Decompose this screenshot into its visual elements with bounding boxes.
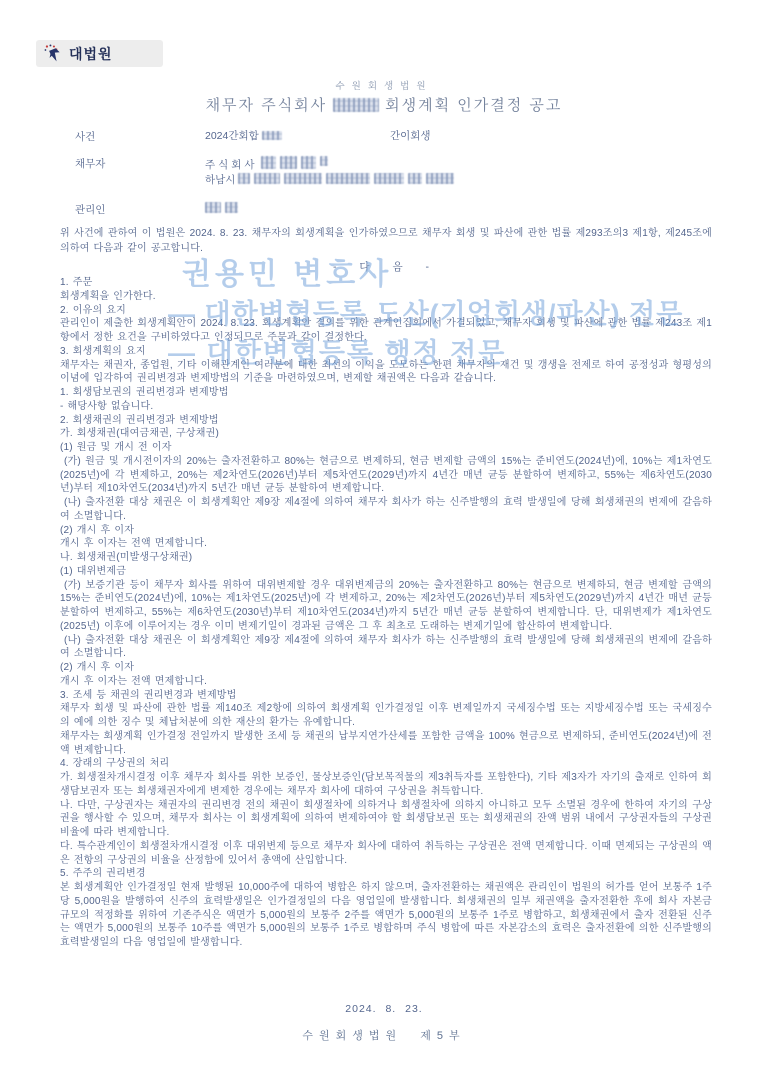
- manager-value: [205, 202, 715, 217]
- daum-divider: - 다 음 -: [0, 259, 768, 274]
- case-number-value: 2024간회합 간이회생: [205, 129, 715, 144]
- notice-body: 1. 주문 회생계획을 인가한다. 2. 이유의 요지 관리인이 제출한 회생계…: [60, 276, 712, 950]
- case-number-text: 2024간회합: [205, 130, 259, 142]
- redacted-case-number: [262, 131, 282, 140]
- body-paragraph: 채무자 회생 및 파산에 관한 법률 제140조 제2항에 의하여 회생계획 인…: [60, 702, 712, 730]
- body-paragraph: (2) 개시 후 이자: [60, 661, 712, 675]
- case-number-row: 사건 2024간회합 간이회생: [75, 129, 715, 144]
- manager-row: 관리인: [75, 202, 715, 217]
- body-paragraph: - 해당사항 없습니다.: [60, 400, 712, 414]
- manager-label: 관리인: [75, 202, 147, 217]
- document-title-prefix: 채무자 주식회사: [206, 97, 328, 114]
- body-paragraph: 5. 주주의 권리변경: [60, 867, 712, 881]
- body-paragraph: 2. 회생채권의 권리변경과 변제방법: [60, 414, 712, 428]
- body-paragraph: 개시 후 이자는 전액 면제합니다.: [60, 537, 712, 551]
- debtor-address-prefix: 하남시: [205, 174, 235, 186]
- body-paragraph: (나) 출자전환 대상 채권은 이 회생계획안 제9장 제4절에 의하여 채무자…: [60, 496, 712, 524]
- redacted-debtor-name: [261, 156, 328, 169]
- document-title: 채무자 주식회사회생계획 인가결정 공고: [0, 94, 768, 115]
- body-paragraph: 나. 회생채권(미발생구상채권): [60, 551, 712, 565]
- body-paragraph: (가) 원금 및 개시전이자의 20%는 출자전환하고 80%는 현금으로 변제…: [60, 455, 712, 496]
- body-paragraph: (나) 출자전환 대상 채권은 이 회생계획안 제9장 제4절에 의하여 채무자…: [60, 634, 712, 662]
- debtor-label: 채무자: [75, 156, 147, 171]
- issuing-court: 수원회생법원 제5부: [0, 1027, 768, 1043]
- body-paragraph: 1. 주문: [60, 276, 712, 290]
- body-paragraph: 1. 회생담보권의 권리변경과 변제방법: [60, 386, 712, 400]
- case-number-label: 사건: [75, 129, 147, 144]
- body-paragraph: 채무자는 회생계획 인가결정 전일까지 발생한 조세 등 채권의 납부지연가산세…: [60, 730, 712, 758]
- body-paragraph: 다. 특수관계인이 회생절차개시결정 이후 대위변제 등으로 채무자 회사에 대…: [60, 840, 712, 868]
- court-emblem-icon: [43, 43, 64, 64]
- redacted-company-name: [333, 98, 379, 112]
- body-paragraph: 관리인이 제출한 회생계획안이 2024. 8. 23. 회생계획안 결의를 위…: [60, 317, 712, 345]
- body-paragraph: 본 회생계획안 인가결정일 현재 발행된 10,000주에 대하여 병합은 하지…: [60, 881, 712, 950]
- body-paragraph: 4. 장래의 구상권의 처리: [60, 757, 712, 771]
- body-paragraph: 가. 회생채권(대여금채권, 구상채권): [60, 427, 712, 441]
- body-paragraph: (1) 원금 및 개시 전 이자: [60, 441, 712, 455]
- redacted-debtor-address: [238, 173, 454, 184]
- decision-date: 2024. 8. 23.: [0, 1003, 768, 1015]
- body-paragraph: (1) 대위변제금: [60, 565, 712, 579]
- debtor-company-prefix: 주식회사: [205, 159, 258, 171]
- redacted-manager-name: [205, 202, 238, 213]
- court-name-header: 수원회생법원: [0, 78, 768, 92]
- body-paragraph: 2. 이유의 요지: [60, 304, 712, 318]
- body-paragraph: 가. 회생절차개시결정 이후 채무자 회사를 위한 보증인, 물상보증인(담보목…: [60, 771, 712, 799]
- court-notice-document: 대법원 수원회생법원 채무자 주식회사회생계획 인가결정 공고 사건 2024간…: [0, 0, 768, 1086]
- body-paragraph: 회생계획을 인가한다.: [60, 290, 712, 304]
- case-type: 간이회생: [390, 129, 431, 144]
- document-title-suffix: 회생계획 인가결정 공고: [385, 97, 562, 114]
- logo-text: 대법원: [69, 44, 113, 64]
- body-paragraph: (2) 개시 후 이자: [60, 524, 712, 538]
- intro-paragraph: 위 사건에 관하여 이 법원은 2024. 8. 23. 채무자의 회생계획을 …: [60, 227, 712, 256]
- body-paragraph: 나. 다만, 구상권자는 채권자의 권리변경 전의 채권이 회생절차에 의하거나…: [60, 799, 712, 840]
- debtor-value: 주식회사 하남시: [205, 156, 715, 187]
- body-paragraph: 3. 조세 등 채권의 권리변경과 변제방법: [60, 689, 712, 703]
- body-paragraph: 채무자는 채권자, 종업원, 기타 이해관계인 여러분에 대한 최선의 이익을 …: [60, 359, 712, 387]
- supreme-court-logo: 대법원: [36, 40, 163, 67]
- case-info-block: 사건 2024간회합 간이회생 채무자 주식회사 하남시: [75, 129, 715, 217]
- debtor-row: 채무자 주식회사 하남시: [75, 156, 715, 187]
- body-paragraph: 3. 회생계획의 요지: [60, 345, 712, 359]
- body-paragraph: (가) 보증기관 등이 채무자 회사를 위하여 대위변제할 경우 대위변제금의 …: [60, 579, 712, 634]
- body-paragraph: 개시 후 이자는 전액 면제합니다.: [60, 675, 712, 689]
